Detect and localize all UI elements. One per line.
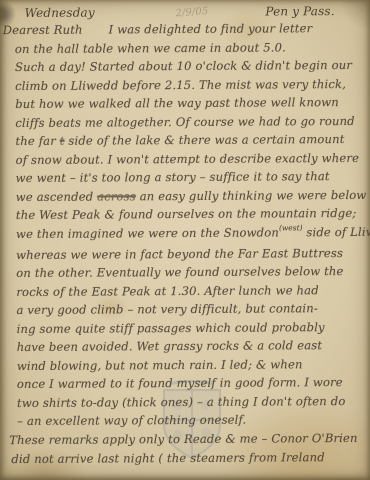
text-segment: once I warmed to it found myself in good… (17, 375, 343, 391)
letter-content: Wednesday 2/9/05 Pen y Pass. Dearest Rut… (0, 2, 370, 468)
letter-line: wind blowing, but not much rain. I led; … (17, 355, 363, 376)
letter-line: the far t side of the lake & there was a… (15, 130, 361, 151)
letter-page: Wednesday 2/9/05 Pen y Pass. Dearest Rut… (0, 0, 370, 480)
text-segment: cliffs beats me altogether. Of course we… (15, 114, 355, 130)
text-segment: ing some quite stiff passages which coul… (17, 320, 325, 336)
text-segment: side of the lake & there was a certain a… (65, 132, 345, 148)
letter-line: rocks of the East Peak at 1.30. After lu… (16, 281, 362, 302)
letter-line: climb on Lliwedd before 2.15. The mist w… (15, 75, 361, 96)
letter-line: These remarks apply only to Reade & me –… (9, 429, 363, 450)
crossed-out-word: t (60, 134, 65, 148)
letter-line: did not arrive last night ( the steamers… (11, 447, 363, 468)
letter-line: of snow about. I won't attempt to descri… (15, 149, 361, 170)
letter-line: ing some quite stiff passages which coul… (17, 318, 363, 339)
letter-line: have been avoided. Wet grassy rocks & a … (17, 336, 363, 357)
text-segment: I was delighted to find your letter (109, 21, 313, 36)
text-segment: a very good climb – not very difficult, … (16, 301, 318, 317)
letter-line: – an excellent way of clothing oneself. (17, 410, 363, 431)
text-segment: two shirts to-day (thick ones) – a thing… (17, 394, 346, 410)
text-segment: have been avoided. Wet grassy rocks & a … (17, 338, 323, 354)
text-segment: we ascended (16, 189, 97, 203)
letter-header: Wednesday 2/9/05 Pen y Pass. (0, 2, 369, 20)
text-segment: Dearest Ruth (3, 23, 83, 37)
text-segment: on the other. Eventually we found oursel… (16, 264, 343, 280)
letter-line: two shirts to-day (thick ones) – a thing… (17, 392, 363, 413)
text-segment: These remarks apply only to Reade & me –… (9, 431, 357, 447)
text-segment: did not arrive last night ( the steamers… (11, 450, 324, 466)
letter-line: on the hall table when we came in about … (15, 37, 361, 58)
text-segment: whereas we were in fact beyond the Far E… (16, 246, 343, 262)
letter-line: cliffs beats me altogether. Of course we… (15, 112, 361, 133)
letter-line: on the other. Eventually we found oursel… (16, 262, 362, 283)
text-segment: rocks of the East Peak at 1.30. After lu… (16, 283, 319, 299)
letter-line: but how we walked all the way past those… (15, 93, 361, 114)
text-segment: climb on Lliwedd before 2.15. The mist w… (15, 77, 346, 93)
crossed-out-word: across (97, 189, 136, 203)
text-segment: we went – it's too long a story – suffic… (16, 169, 330, 185)
letter-line: the West Peak & found ourselves on the m… (16, 204, 362, 225)
text-segment: an easy gully thinking we were below (136, 188, 367, 203)
text-segment: side of Lliwedd (302, 225, 370, 240)
text-segment: but how we walked all the way past those… (15, 95, 339, 111)
date-line: Wednesday (25, 6, 95, 20)
text-segment: – an excellent way of clothing oneself. (17, 413, 246, 428)
text-segment: on the hall table when we came in about … (15, 40, 286, 56)
inserted-word: (west) (279, 223, 303, 232)
letter-line: we went – it's too long a story – suffic… (16, 167, 362, 188)
letter-line: we then imagined we were on the Snowdon(… (16, 223, 362, 246)
text-segment: wind blowing, but not much rain. I led; … (17, 357, 303, 373)
text-segment: the far (15, 134, 59, 148)
text-segment: we then imagined we were on the Snowdon (16, 225, 279, 241)
letter-line: once I warmed to it found myself in good… (17, 373, 363, 394)
letter-line: a very good climb – not very difficult, … (16, 299, 362, 320)
letter-line: we ascended across an easy gully thinkin… (16, 186, 362, 207)
letter-line: Such a day! Started about 10 o'clock & d… (15, 56, 361, 77)
letter-line: whereas we were in fact beyond the Far E… (16, 243, 362, 264)
text-segment: Such a day! Started about 10 o'clock & d… (15, 58, 352, 74)
text-segment: of snow about. I won't attempt to descri… (15, 151, 359, 167)
letter-body: Dearest RuthI was delighted to find your… (0, 18, 370, 468)
letter-line: Dearest RuthI was delighted to find your… (3, 19, 361, 40)
text-segment: the West Peak & found ourselves on the m… (16, 206, 357, 222)
